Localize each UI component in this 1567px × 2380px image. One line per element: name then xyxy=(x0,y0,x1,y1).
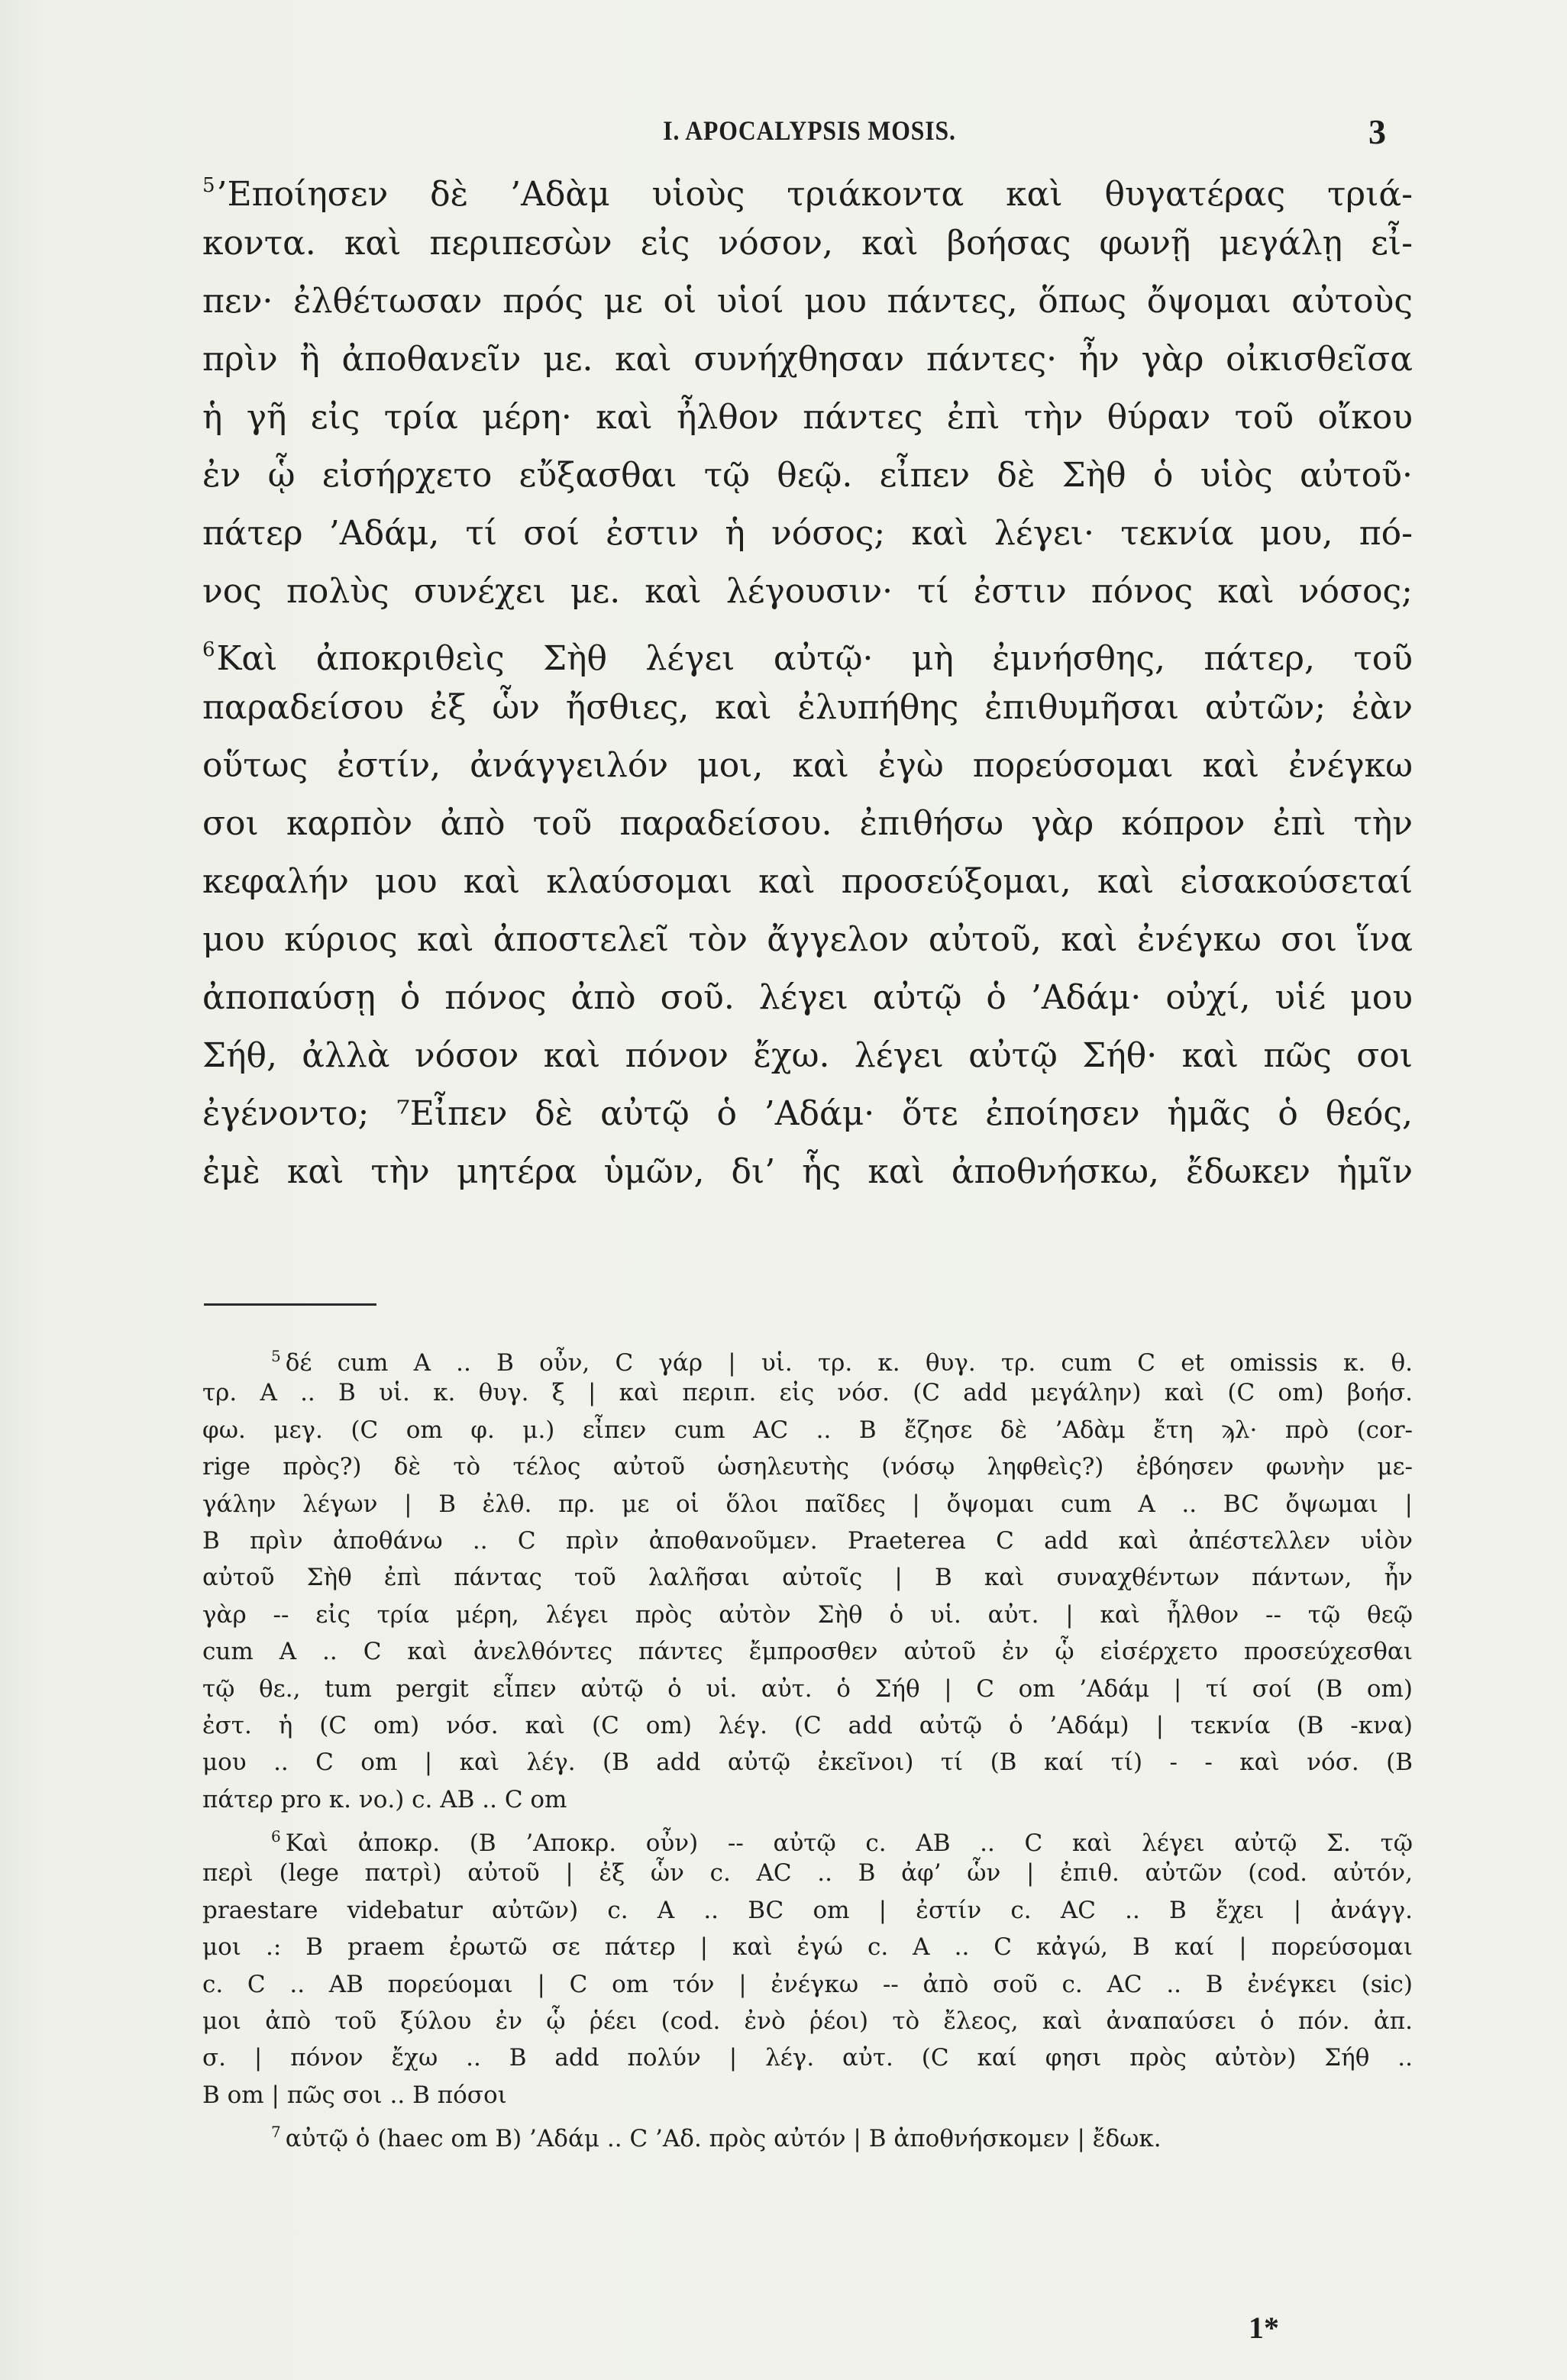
footnote-rule xyxy=(204,1303,376,1306)
text-line: πάτερ ’Αδάμ, τί σοί ἐστιν ἡ νόσος; καὶ λ… xyxy=(202,505,1413,563)
footnote-text: δέ cum A .. B οὖν, C γάρ | υἱ. τρ. κ. θυ… xyxy=(286,1349,1413,1377)
text-line: σοι καρπὸν ἀπὸ τοῦ παραδείσου. ἐπιθήσω γ… xyxy=(202,795,1413,853)
footnote-line: B om | πῶς σοι .. B πόσοι xyxy=(202,2077,1413,2114)
signature-mark: 1* xyxy=(1249,2310,1279,2346)
running-head: I. APOCALYPSIS MOSIS. 3 xyxy=(202,115,1417,160)
running-title: I. APOCALYPSIS MOSIS. xyxy=(275,115,1343,147)
footnote-line: 7αὐτῷ ὁ (haec om B) ’Αδάμ .. C ’Αδ. πρὸς… xyxy=(202,2114,1413,2150)
footnote-line: 5δέ cum A .. B οὖν, C γάρ | υἱ. τρ. κ. θ… xyxy=(202,1338,1413,1374)
footnote-line: ἐστ. ἡ (C om) νόσ. καὶ (C om) λέγ. (C ad… xyxy=(202,1707,1413,1744)
footnote-line: praestare videbatur αὐτῶν) c. A .. BC om… xyxy=(202,1892,1413,1929)
text-line-content: Σήθ, ἀλλὰ νόσον καὶ πόνον ἔχω. λέγει αὐτ… xyxy=(202,1036,1413,1075)
text-line: ἐν ᾧ εἰσήρχετο εὔξασθαι τῷ θεῷ. εἶπεν δὲ… xyxy=(202,447,1413,505)
text-line: Σήθ, ἀλλὰ νόσον καὶ πόνον ἔχω. λέγει αὐτ… xyxy=(202,1027,1413,1085)
footnote-line: μοι .: B praem ἐρωτῶ σε πάτερ | καὶ ἐγώ … xyxy=(202,1929,1413,1965)
footnote-text: σ. | πόνον ἔχω .. B add πολύν | λέγ. αὐτ… xyxy=(202,2044,1413,2072)
text-line: ἐγένοντο; ⁷Εἶπεν δὲ αὐτῷ ὁ ’Αδάμ· ὅτε ἐπ… xyxy=(202,1085,1413,1143)
text-line: πρὶν ἢ ἀποθανεῖν με. καὶ συνήχθησαν πάντ… xyxy=(202,331,1413,389)
text-line: πεν· ἐλθέτωσαν πρός με οἱ υἱοί μου πάντε… xyxy=(202,273,1413,331)
footnote-text: αὐτοῦ Σὴθ ἐπὶ πάντας τοῦ λαλῆσαι αὐτοῖς … xyxy=(202,1564,1413,1591)
footnote-line: B πρὶν ἀποθάνω .. C πρὶν ἀποθανοῦμεν. Pr… xyxy=(202,1523,1413,1559)
footnote-text: cum A .. C καὶ ἀνελθόντες πάντες ἔμπροσθ… xyxy=(202,1638,1413,1665)
footnote-line: c. C .. AB πορεύομαι | C om τόν | ἐνέγκω… xyxy=(202,1966,1413,2003)
footnote-line: περὶ (lege πατρὶ) αὐτοῦ | ἐξ ὧν c. AC ..… xyxy=(202,1855,1413,1891)
text-line: μου κύριος καὶ ἀποστελεῖ τὸν ἄγγελον αὐτ… xyxy=(202,911,1413,969)
footnote-line: αὐτοῦ Σὴθ ἐπὶ πάντας τοῦ λαλῆσαι αὐτοῖς … xyxy=(202,1559,1413,1596)
footnote-line: cum A .. C καὶ ἀνελθόντες πάντες ἔμπροσθ… xyxy=(202,1633,1413,1670)
text-line: παραδείσου ἐξ ὧν ἤσθιες, καὶ ἐλυπήθης ἐπ… xyxy=(202,679,1413,737)
footnotes: 5δέ cum A .. B οὖν, C γάρ | υἱ. τρ. κ. θ… xyxy=(202,1338,1413,2151)
footnote-line: μοι ἀπὸ τοῦ ξύλου ἐν ᾧ ῥέει (cod. ἐνὸ ῥέ… xyxy=(202,2003,1413,2039)
footnote-text: c. C .. AB πορεύομαι | C om τόν | ἐνέγκω… xyxy=(202,1971,1413,1998)
text-line-content: μου κύριος καὶ ἀποστελεῖ τὸν ἄγγελον αὐτ… xyxy=(202,920,1413,959)
text-line-content: παραδείσου ἐξ ὧν ἤσθιες, καὶ ἐλυπήθης ἐπ… xyxy=(202,688,1413,727)
footnote-line: σ. | πόνον ἔχω .. B add πολύν | λέγ. αὐτ… xyxy=(202,2039,1413,2076)
text-line-content: Καὶ ἀποκριθεὶς Σὴθ λέγει αὐτῷ· μὴ ἐμνήσθ… xyxy=(217,639,1413,678)
text-line-content: οὕτως ἐστίν, ἀνάγγειλόν μοι, καὶ ἐγὼ πορ… xyxy=(202,746,1413,785)
footnote-text: γάλην λέγων | B ἐλθ. πρ. με οἱ ὅλοι παῖδ… xyxy=(202,1490,1413,1518)
footnote-text: πάτερ pro κ. νο.) c. AB .. C om xyxy=(202,1786,567,1813)
footnote-text: μου .. C om | καὶ λέγ. (B add αὐτῷ ἐκεῖν… xyxy=(202,1749,1413,1776)
footnote-text: rige πρὸς?) δὲ τὸ τέλος αὐτοῦ ὡσηλευτὴς … xyxy=(202,1453,1413,1481)
footnote-line: 6Καὶ ἀποκρ. (B ’Αποκρ. οὖν) -- αὐτῷ c. A… xyxy=(202,1818,1413,1855)
text-line-content: κεφαλήν μου καὶ κλαύσομαι καὶ προσεύξομα… xyxy=(202,862,1413,901)
text-line: 6Καὶ ἀποκριθεὶς Σὴθ λέγει αὐτῷ· μὴ ἐμνήσ… xyxy=(202,621,1413,679)
footnote-number: 7 xyxy=(271,2123,281,2141)
text-line-content: κοντα. καὶ περιπεσὼν εἰς νόσον, καὶ βοήσ… xyxy=(202,224,1413,263)
page-number: 3 xyxy=(1368,111,1386,152)
footnote-line: πάτερ pro κ. νο.) c. AB .. C om xyxy=(202,1781,1413,1818)
text-line-content: νος πολὺς συνέχει με. καὶ λέγουσιν· τί ἐ… xyxy=(202,572,1413,611)
text-line-content: πάτερ ’Αδάμ, τί σοί ἐστιν ἡ νόσος; καὶ λ… xyxy=(202,514,1413,553)
text-line: νος πολὺς συνέχει με. καὶ λέγουσιν· τί ἐ… xyxy=(202,563,1413,621)
footnote-text: τρ. A .. B υἱ. κ. θυγ. ξ | καὶ περιπ. εἰ… xyxy=(202,1379,1413,1406)
text-line-content: ’Εποίησεν δὲ ’Αδὰμ υἱοὺς τριάκοντα καὶ θ… xyxy=(217,175,1413,214)
text-line: οὕτως ἐστίν, ἀνάγγειλόν μοι, καὶ ἐγὼ πορ… xyxy=(202,737,1413,795)
footnote-text: μοι ἀπὸ τοῦ ξύλου ἐν ᾧ ῥέει (cod. ἐνὸ ῥέ… xyxy=(202,2007,1413,2035)
footnote-line: γὰρ -- εἰς τρία μέρη, λέγει πρὸς αὐτὸν Σ… xyxy=(202,1597,1413,1633)
text-line-content: πρὶν ἢ ἀποθανεῖν με. καὶ συνήχθησαν πάντ… xyxy=(202,340,1413,379)
text-line-content: ἀποπαύσῃ ὁ πόνος ἀπὸ σοῦ. λέγει αὐτῷ ὁ ’… xyxy=(202,978,1413,1017)
footnote-line: γάλην λέγων | B ἐλθ. πρ. με οἱ ὅλοι παῖδ… xyxy=(202,1486,1413,1523)
verse-number: 5 xyxy=(202,174,215,197)
footnote-text: γὰρ -- εἰς τρία μέρη, λέγει πρὸς αὐτὸν Σ… xyxy=(202,1601,1413,1629)
footnote-text: αὐτῷ ὁ (haec om B) ’Αδάμ .. C ’Αδ. πρὸς … xyxy=(286,2125,1162,2152)
verse-number: 6 xyxy=(202,638,215,661)
footnote-line: μου .. C om | καὶ λέγ. (B add αὐτῷ ἐκεῖν… xyxy=(202,1744,1413,1781)
footnote-text: praestare videbatur αὐτῶν) c. A .. BC om… xyxy=(202,1897,1413,1924)
footnote-text: μοι .: B praem ἐρωτῶ σε πάτερ | καὶ ἐγώ … xyxy=(202,1933,1413,1961)
footnote-text: τῷ θε., tum pergit εἶπεν αὐτῷ ὁ υἱ. αὐτ.… xyxy=(202,1675,1413,1703)
footnote-number: 5 xyxy=(271,1347,281,1365)
main-text: 5’Εποίησεν δὲ ’Αδὰμ υἱοὺς τριάκοντα καὶ … xyxy=(202,157,1413,1201)
footnote-text: ἐστ. ἡ (C om) νόσ. καὶ (C om) λέγ. (C ad… xyxy=(202,1712,1413,1739)
footnote-text: B om | πῶς σοι .. B πόσοι xyxy=(202,2081,507,2109)
text-line-content: ἐμὲ καὶ τὴν μητέρα ὑμῶν, δι’ ἧς καὶ ἀποθ… xyxy=(202,1152,1413,1191)
text-line: ἐμὲ καὶ τὴν μητέρα ὑμῶν, δι’ ἧς καὶ ἀποθ… xyxy=(202,1143,1413,1201)
footnote-line: τρ. A .. B υἱ. κ. θυγ. ξ | καὶ περιπ. εἰ… xyxy=(202,1374,1413,1411)
footnote-number: 6 xyxy=(271,1827,281,1846)
text-line: ἀποπαύσῃ ὁ πόνος ἀπὸ σοῦ. λέγει αὐτῷ ὁ ’… xyxy=(202,969,1413,1027)
footnote-text: φω. μεγ. (C om φ. μ.) εἶπεν cum AC .. B … xyxy=(202,1416,1413,1444)
text-line-content: πεν· ἐλθέτωσαν πρός με οἱ υἱοί μου πάντε… xyxy=(202,282,1413,321)
text-line-content: ἡ γῆ εἰς τρία μέρη· καὶ ἦλθον πάντες ἐπὶ… xyxy=(202,398,1413,437)
text-line-content: σοι καρπὸν ἀπὸ τοῦ παραδείσου. ἐπιθήσω γ… xyxy=(202,804,1413,843)
text-line: κεφαλήν μου καὶ κλαύσομαι καὶ προσεύξομα… xyxy=(202,853,1413,911)
footnote-line: φω. μεγ. (C om φ. μ.) εἶπεν cum AC .. B … xyxy=(202,1412,1413,1448)
footnote-text: περὶ (lege πατρὶ) αὐτοῦ | ἐξ ὧν c. AC ..… xyxy=(202,1859,1413,1887)
footnote-line: rige πρὸς?) δὲ τὸ τέλος αὐτοῦ ὡσηλευτὴς … xyxy=(202,1448,1413,1485)
footnote-text: B πρὶν ἀποθάνω .. C πρὶν ἀποθανοῦμεν. Pr… xyxy=(202,1527,1413,1555)
text-line: κοντα. καὶ περιπεσὼν εἰς νόσον, καὶ βοήσ… xyxy=(202,215,1413,273)
footnote-line: τῷ θε., tum pergit εἶπεν αὐτῷ ὁ υἱ. αὐτ.… xyxy=(202,1671,1413,1707)
text-line: ἡ γῆ εἰς τρία μέρη· καὶ ἦλθον πάντες ἐπὶ… xyxy=(202,389,1413,447)
footnote-text: Καὶ ἀποκρ. (B ’Αποκρ. οὖν) -- αὐτῷ c. AB… xyxy=(286,1829,1413,1857)
text-line: 5’Εποίησεν δὲ ’Αδὰμ υἱοὺς τριάκοντα καὶ … xyxy=(202,157,1413,215)
text-line-content: ἐν ᾧ εἰσήρχετο εὔξασθαι τῷ θεῷ. εἶπεν δὲ… xyxy=(202,456,1413,495)
text-line-content: ἐγένοντο; ⁷Εἶπεν δὲ αὐτῷ ὁ ’Αδάμ· ὅτε ἐπ… xyxy=(202,1094,1413,1133)
